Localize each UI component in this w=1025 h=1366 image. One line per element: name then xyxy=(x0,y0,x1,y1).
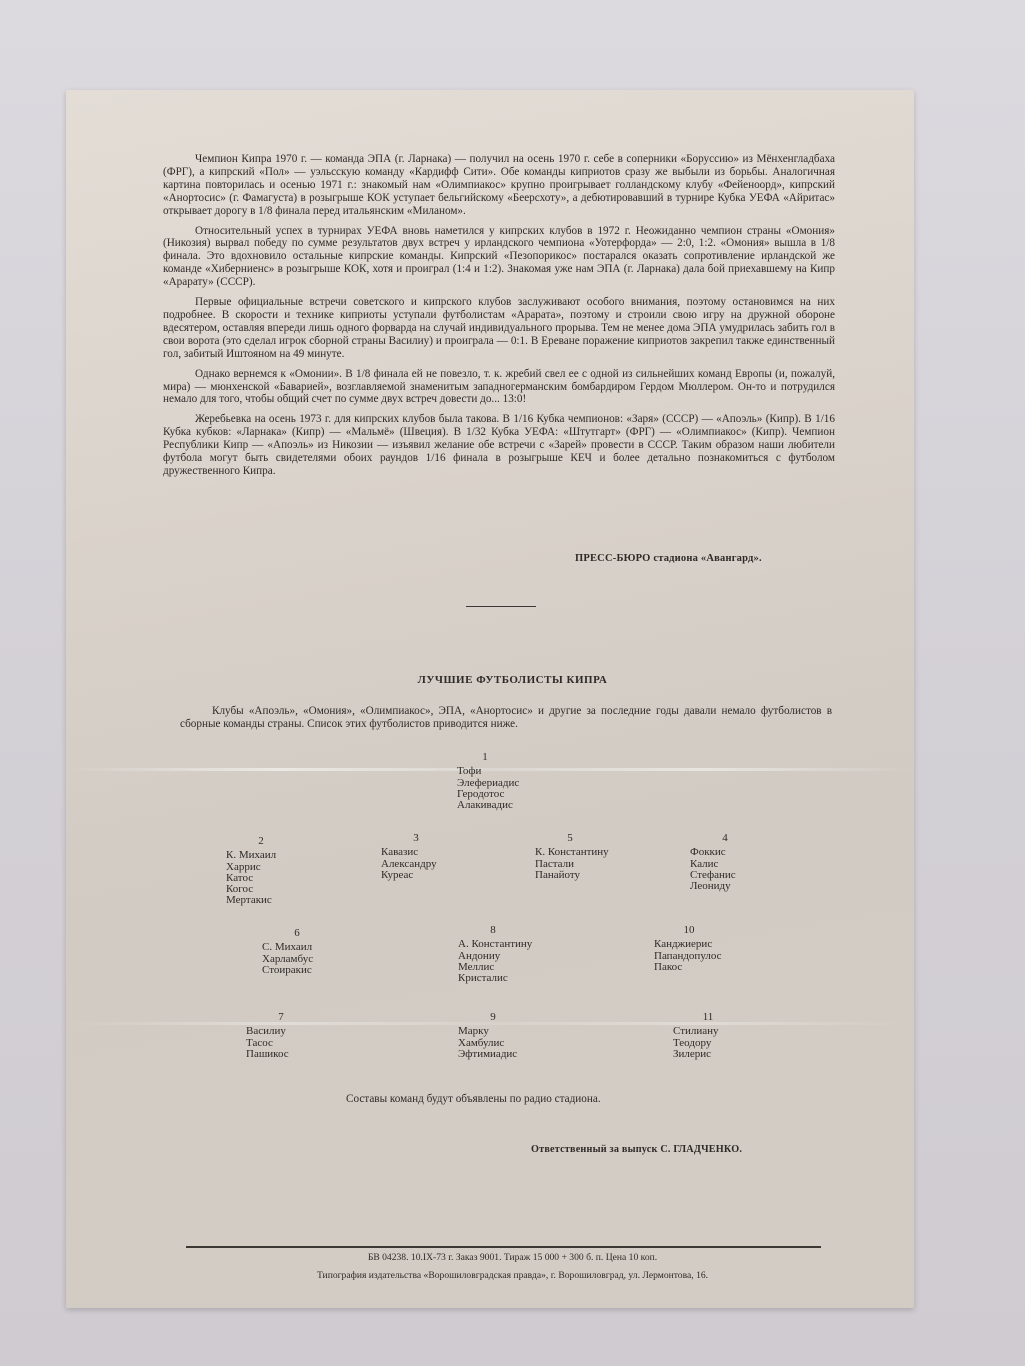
player-name: Куреас xyxy=(381,870,451,881)
player-name: Пакос xyxy=(654,962,724,973)
player-name: К. Михаил xyxy=(226,850,296,861)
group-number: 6 xyxy=(262,928,332,939)
group-number: 2 xyxy=(226,836,296,847)
player-name: Фоккис xyxy=(690,847,760,858)
player-name: Василиу xyxy=(246,1026,316,1037)
group-number: 1 xyxy=(457,752,513,763)
article-paragraph: Жеребьевка на осень 1973 г. для кипрских… xyxy=(163,413,835,478)
article-paragraph: Однако вернемся к «Омонии». В 1/8 финала… xyxy=(163,368,835,407)
player-name: Панайоту xyxy=(535,870,609,881)
player-group: 3КавазисАлександруКуреас xyxy=(381,833,451,881)
player-group: 8А. КонстантинуАндониуМеллисКристалис xyxy=(458,925,532,984)
imprint-line-1: БВ 04238. 10.IX-73 г. Заказ 9001. Тираж … xyxy=(0,1252,1025,1263)
group-number: 3 xyxy=(381,833,451,844)
player-name: Леониду xyxy=(690,881,760,892)
press-bureau-signature: ПРЕСС-БЮРО стадиона «Авангард». xyxy=(575,553,762,564)
player-name: Эфтимиадис xyxy=(458,1049,528,1060)
player-name: Тофи xyxy=(457,766,519,777)
player-name: Зилерис xyxy=(673,1049,743,1060)
player-name: Алакивадис xyxy=(457,800,519,811)
article-body: Чемпион Кипра 1970 г. — команда ЭПА (г. … xyxy=(163,153,835,485)
section-divider xyxy=(466,606,536,607)
imprint-rule xyxy=(186,1246,821,1248)
group-number: 4 xyxy=(690,833,760,844)
player-name: Канджиерис xyxy=(654,939,724,950)
player-group: 5К. КонстантинуПасталиПанайоту xyxy=(535,833,609,881)
player-group: 10КанджиерисПапандопулосПакос xyxy=(654,925,724,973)
player-group: 2К. МихаилХаррисКатосКогосМертакис xyxy=(226,836,296,907)
player-name: А. Константину xyxy=(458,939,532,950)
group-number: 10 xyxy=(654,925,724,936)
group-number: 11 xyxy=(673,1012,743,1023)
player-name: Мертакис xyxy=(226,895,296,906)
player-group: 4ФоккисКалисСтефанисЛеониду xyxy=(690,833,760,892)
article-paragraph: Относительный успех в турнирах УЕФА внов… xyxy=(163,225,835,290)
player-group: 11СтилиануТеодоруЗилерис xyxy=(673,1012,743,1060)
player-name: Стоиракис xyxy=(262,965,332,976)
player-group: 7ВасилиуТасосПашикос xyxy=(246,1012,316,1060)
player-name: С. Михаил xyxy=(262,942,332,953)
group-number: 9 xyxy=(458,1012,528,1023)
article-paragraph: Чемпион Кипра 1970 г. — команда ЭПА (г. … xyxy=(163,153,835,218)
player-name: Марку xyxy=(458,1026,528,1037)
group-number: 5 xyxy=(535,833,605,844)
player-group: 9МаркуХамбулисЭфтимиадис xyxy=(458,1012,528,1060)
player-name: Пашикос xyxy=(246,1049,316,1060)
article-paragraph: Первые официальные встречи советского и … xyxy=(163,296,835,361)
player-name: К. Константину xyxy=(535,847,609,858)
player-group: 6С. МихаилХарламбусСтоиракис xyxy=(262,928,332,976)
responsible-editor: Ответственный за выпуск С. ГЛАДЧЕНКО. xyxy=(531,1144,742,1155)
group-number: 8 xyxy=(458,925,528,936)
imprint-line-2: Типография издательства «Ворошиловградск… xyxy=(0,1270,1025,1281)
player-name: Кавазис xyxy=(381,847,451,858)
lineup-note: Составы команд будут объявлены по радио … xyxy=(346,1093,746,1106)
group-number: 7 xyxy=(246,1012,316,1023)
player-name: Стилиану xyxy=(673,1026,743,1037)
player-group: 1ТофиЭлефериадисГеродотосАлакивадис xyxy=(457,752,519,811)
players-intro: Клубы «Апоэль», «Омония», «Олимпиакос», … xyxy=(180,705,832,731)
section-title: ЛУЧШИЕ ФУТБОЛИСТЫ КИПРА xyxy=(0,674,1025,686)
player-name: Кристалис xyxy=(458,973,532,984)
